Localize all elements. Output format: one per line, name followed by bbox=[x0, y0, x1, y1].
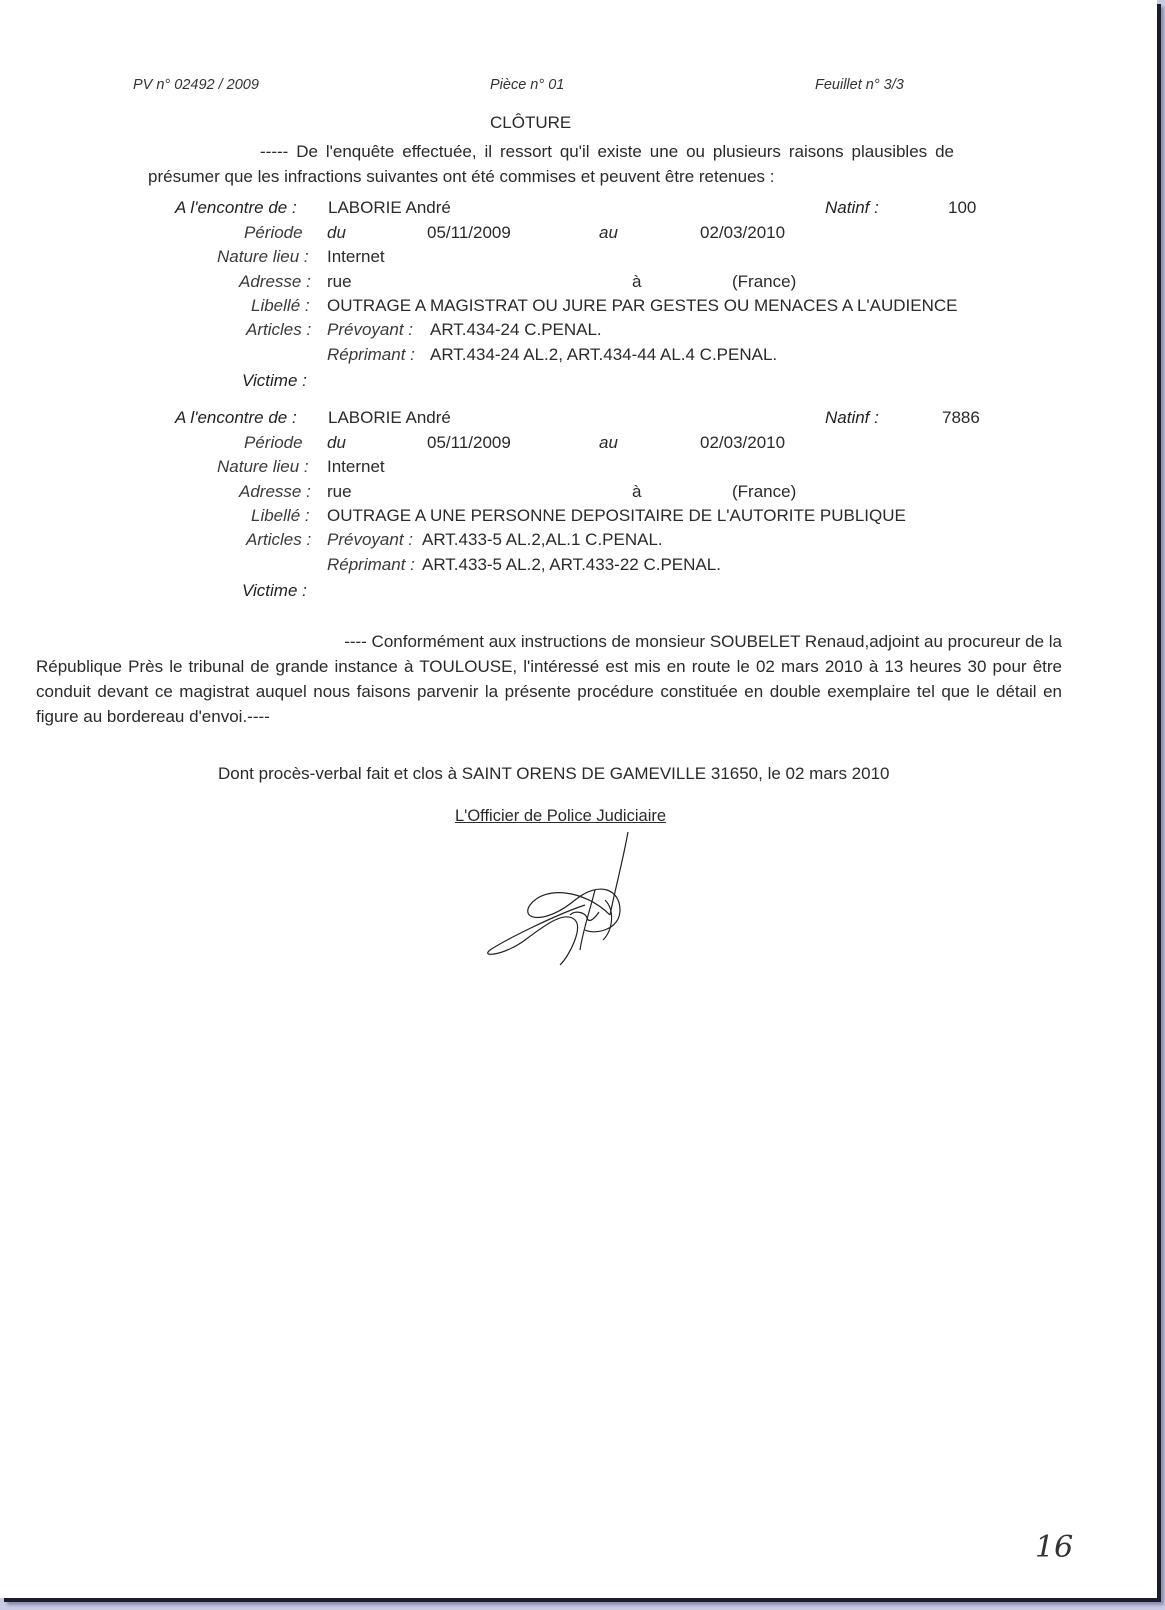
adresse-rue: rue bbox=[327, 272, 352, 292]
conclusion-paragraph: ---- Conformément aux instructions de mo… bbox=[36, 629, 1062, 729]
au-label: au bbox=[599, 433, 618, 453]
nature-lieu-value: Internet bbox=[327, 457, 385, 477]
prevoyant-label: Prévoyant : bbox=[327, 320, 413, 340]
reprimant-value: ART.434-24 AL.2, ART.434-44 AL.4 C.PENAL… bbox=[430, 345, 777, 365]
adresse-rue: rue bbox=[327, 482, 352, 502]
natinf-code: 100 bbox=[948, 198, 976, 218]
date-to: 02/03/2010 bbox=[700, 433, 785, 453]
intro-text: ----- De l'enquête effectuée, il ressort… bbox=[148, 142, 954, 186]
date-to: 02/03/2010 bbox=[700, 223, 785, 243]
pv-number: PV n° 02492 / 2009 bbox=[133, 77, 259, 93]
victime-label: Victime : bbox=[242, 371, 307, 391]
libelle-label: Libellé : bbox=[251, 506, 310, 526]
articles-label: Articles : bbox=[246, 320, 311, 340]
periode-label: Période bbox=[244, 223, 303, 243]
feuillet-number: Feuillet n° 3/3 bbox=[815, 77, 904, 93]
prevoyant-label: Prévoyant : bbox=[327, 530, 413, 550]
du-label: du bbox=[327, 433, 346, 453]
encontre-label: A l'encontre de : bbox=[175, 198, 297, 218]
date-from: 05/11/2009 bbox=[427, 223, 511, 243]
periode-label: Période bbox=[244, 433, 303, 453]
nature-lieu-value: Internet bbox=[327, 247, 385, 267]
person-name: LABORIE André bbox=[328, 408, 451, 428]
adresse-label: Adresse : bbox=[239, 272, 311, 292]
adresse-pays: (France) bbox=[732, 482, 796, 502]
closing-statement: Dont procès-verbal fait et clos à SAINT … bbox=[218, 764, 890, 784]
nature-lieu-label: Nature lieu : bbox=[217, 247, 309, 267]
signature-icon bbox=[475, 830, 635, 970]
adresse-a: à bbox=[632, 482, 641, 502]
natinf-label: Natinf : bbox=[825, 198, 879, 218]
nature-lieu-label: Nature lieu : bbox=[217, 457, 309, 477]
libelle-value: OUTRAGE A UNE PERSONNE DEPOSITAIRE DE L'… bbox=[327, 506, 906, 526]
reprimant-value: ART.433-5 AL.2, ART.433-22 C.PENAL. bbox=[422, 555, 721, 575]
libelle-label: Libellé : bbox=[251, 296, 310, 316]
articles-label: Articles : bbox=[246, 530, 311, 550]
document-title: CLÔTURE bbox=[490, 113, 571, 133]
natinf-label: Natinf : bbox=[825, 408, 879, 428]
signatory-title: L'Officier de Police Judiciaire bbox=[455, 807, 666, 826]
piece-number: Pièce n° 01 bbox=[490, 77, 564, 93]
au-label: au bbox=[599, 223, 618, 243]
natinf-code: 7886 bbox=[942, 408, 980, 428]
prevoyant-value: ART.434-24 C.PENAL. bbox=[430, 320, 602, 340]
person-name: LABORIE André bbox=[328, 198, 451, 218]
adresse-label: Adresse : bbox=[239, 482, 311, 502]
date-from: 05/11/2009 bbox=[427, 433, 511, 453]
conclusion-rest: République Près le tribunal de grande in… bbox=[36, 654, 1062, 729]
prevoyant-value: ART.433-5 AL.2,AL.1 C.PENAL. bbox=[422, 530, 663, 550]
libelle-value: OUTRAGE A MAGISTRAT OU JURE PAR GESTES O… bbox=[327, 296, 958, 316]
reprimant-label: Réprimant : bbox=[327, 345, 415, 365]
adresse-a: à bbox=[632, 272, 641, 292]
page-number: 16 bbox=[1035, 1530, 1073, 1565]
conclusion-first-line: ---- Conformément aux instructions de mo… bbox=[36, 629, 1062, 654]
intro-paragraph: ----- De l'enquête effectuée, il ressort… bbox=[148, 139, 954, 189]
reprimant-label: Réprimant : bbox=[327, 555, 415, 575]
victime-label: Victime : bbox=[242, 581, 307, 601]
encontre-label: A l'encontre de : bbox=[175, 408, 297, 428]
document-page: PV n° 02492 / 2009 Pièce n° 01 Feuillet … bbox=[0, 0, 1157, 1598]
adresse-pays: (France) bbox=[732, 272, 796, 292]
du-label: du bbox=[327, 223, 346, 243]
